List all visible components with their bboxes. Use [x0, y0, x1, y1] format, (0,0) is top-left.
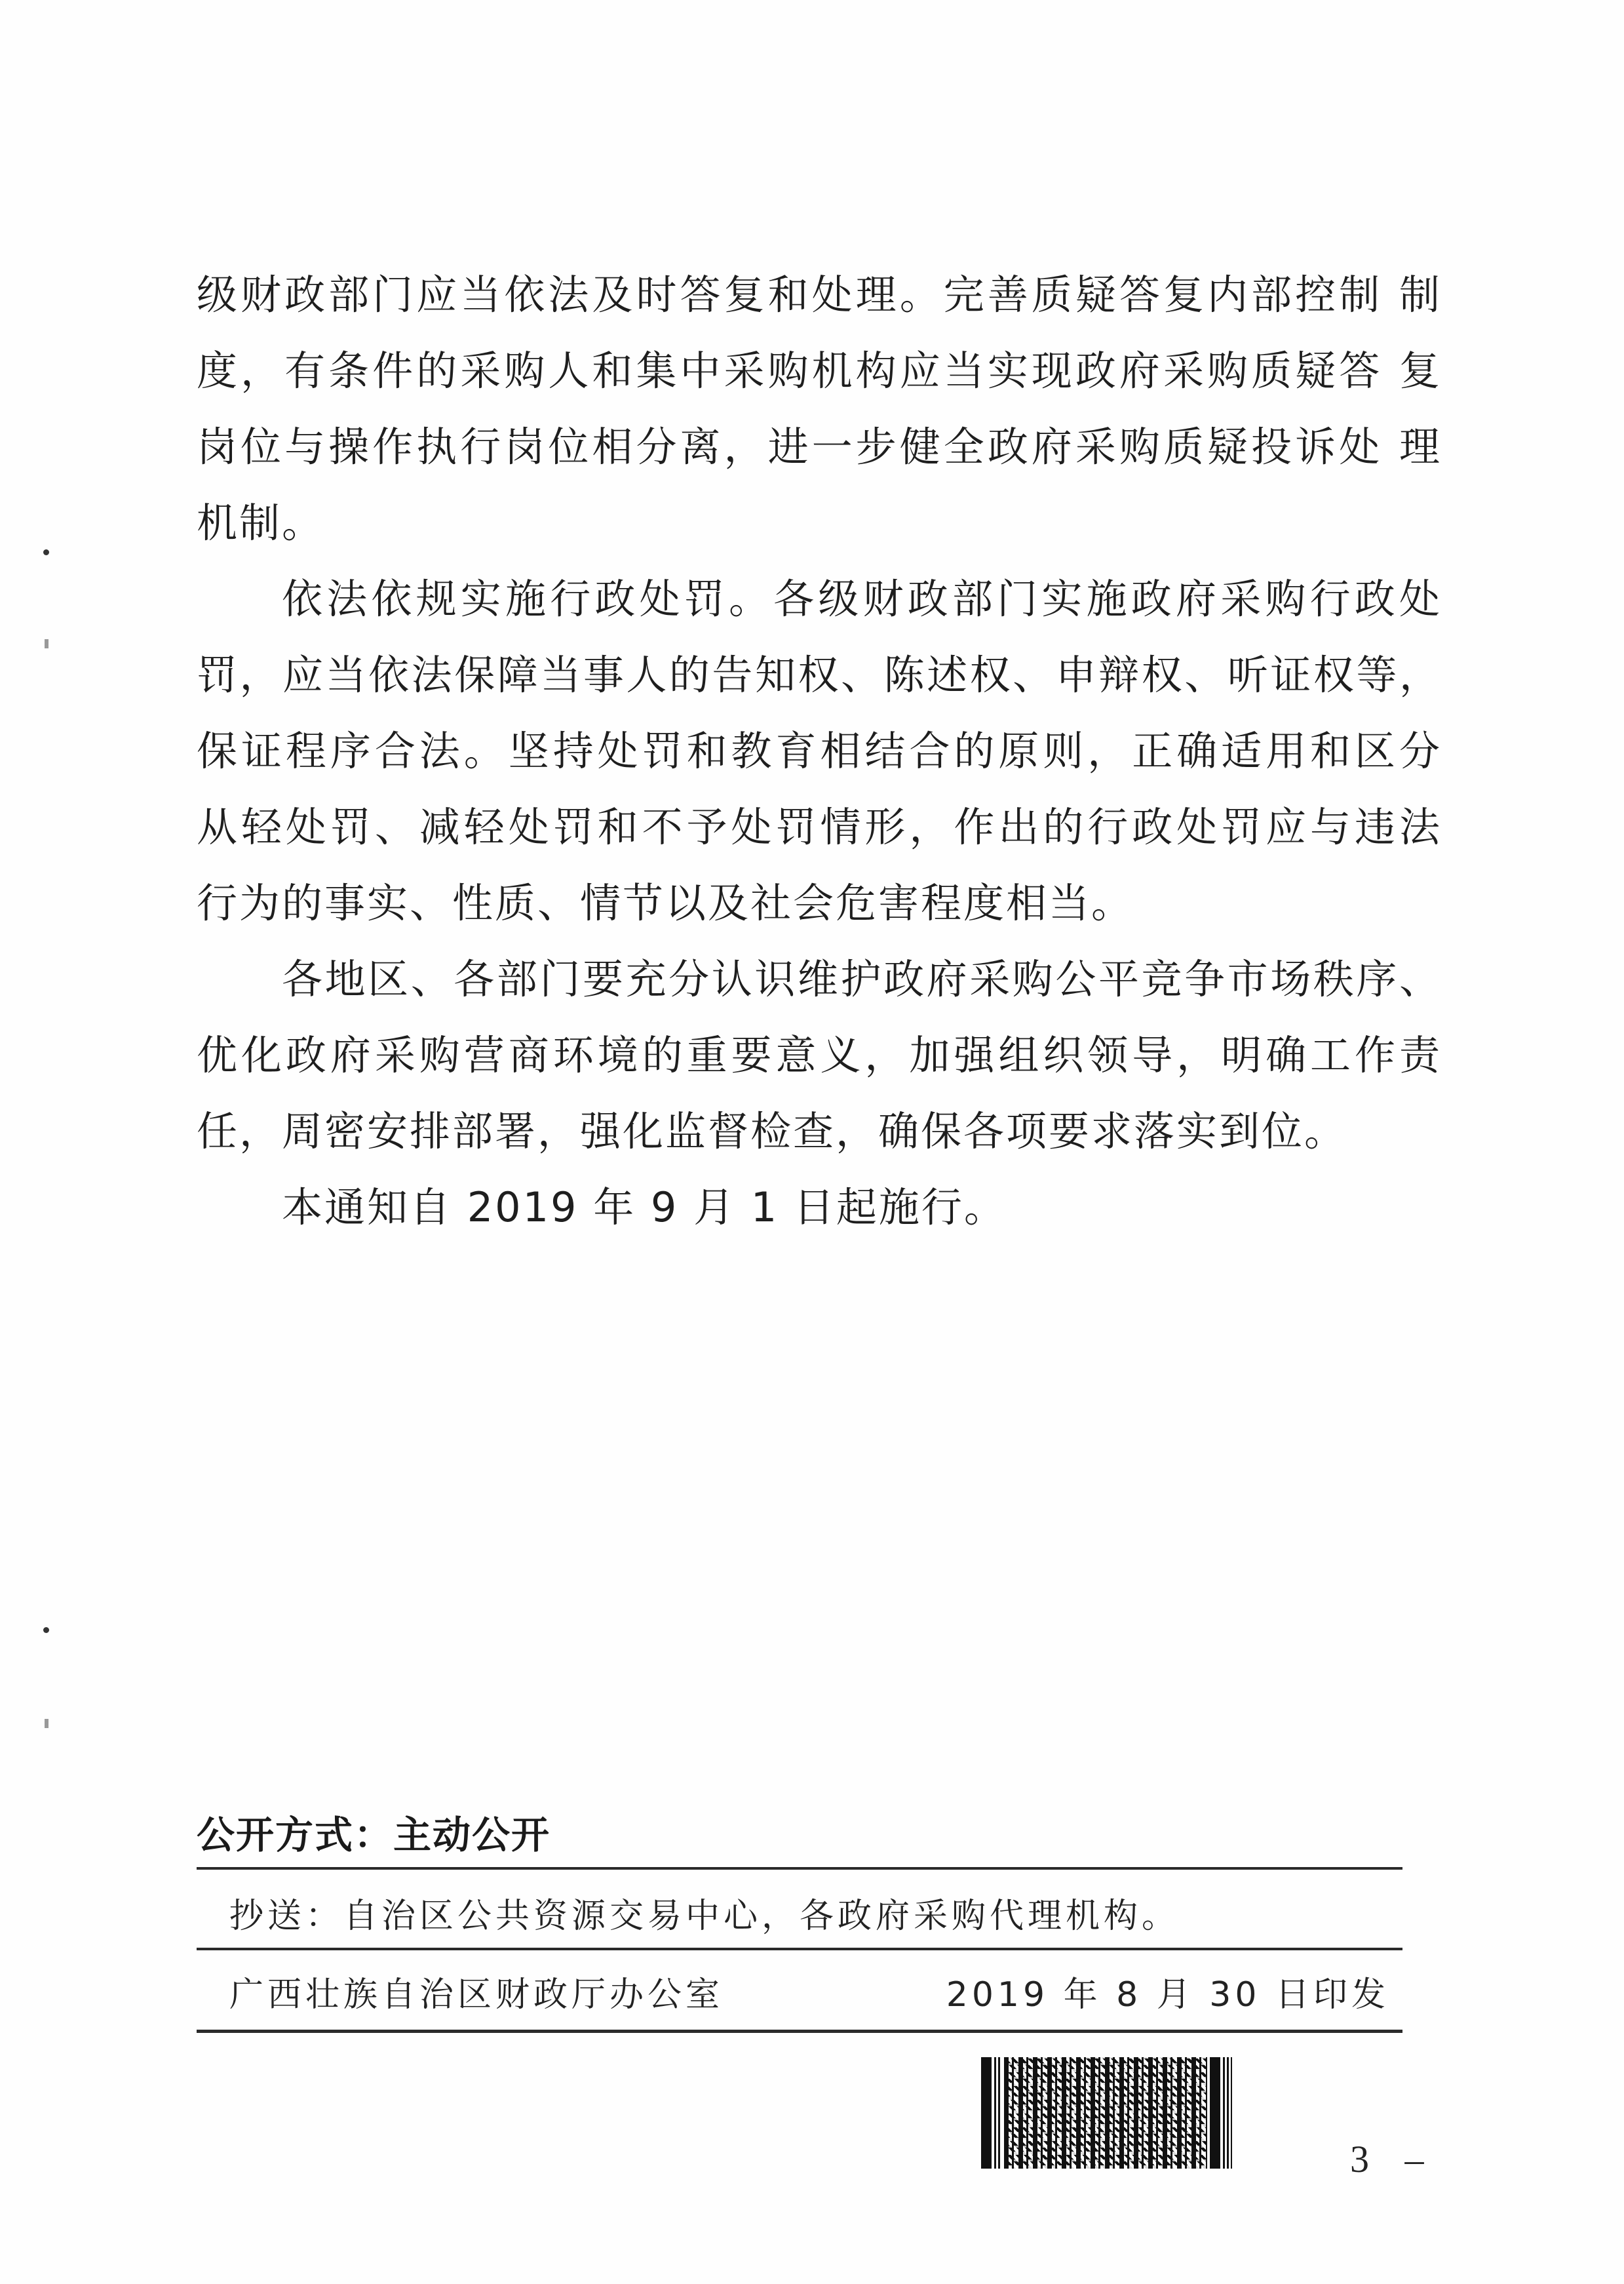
body-line: 各地区、各部门要充分认识维护政府采购公平竞争市场秩序、 — [197, 941, 1442, 1017]
footer-divider-bottom — [197, 2030, 1402, 2033]
body-line: 从轻处罚、减轻处罚和不予处罚情形，作出的行政处罚应与违法 — [197, 789, 1442, 865]
body-line: 任，周密安排部署，强化监督检查，确保各项要求落实到位。 — [197, 1093, 1442, 1170]
issue-date: 2019 年 8 月 30 日印发 — [946, 1967, 1389, 2016]
body-line: 保证程序合法。坚持处罚和教育相结合的原则，正确适用和区分 — [197, 713, 1442, 789]
issuer-row: 广西壮族自治区财政厅办公室 2019 年 8 月 30 日印发 — [229, 1967, 1389, 2016]
paragraph-administrative-penalty: 依法依规实施行政处罚。各级财政部门实施政府采购行政处 罚，应当依法保障当事人的告… — [197, 561, 1442, 941]
body-line: 罚，应当依法保障当事人的告知权、陈述权、申辩权、听证权等， — [197, 637, 1442, 713]
document-body: 级财政部门应当依法及时答复和处理。完善质疑答复内部控制 制 度，有条件的采购人和… — [197, 257, 1442, 1246]
body-line: 级财政部门应当依法及时答复和处理。完善质疑答复内部控制 制 — [197, 257, 1442, 333]
footer-divider-top — [197, 1867, 1402, 1870]
paragraph-implementation: 各地区、各部门要充分认识维护政府采购公平竞争市场秩序、 优化政府采购营商环境的重… — [197, 941, 1442, 1170]
margin-dot-mark — [43, 1627, 49, 1633]
pdf417-barcode-icon — [981, 2057, 1237, 2169]
page-number: 3 – — [1350, 2137, 1437, 2181]
body-line: 优化政府采购营商环境的重要意义，加强组织领导，明确工作责 — [197, 1017, 1442, 1093]
disclosure-method: 公开方式：主动公开 — [197, 1804, 551, 1859]
margin-scan-mark — [45, 639, 48, 648]
body-line: 岗位与操作执行岗位相分离，进一步健全政府采购质疑投诉处 理 — [197, 409, 1442, 485]
body-line: 机制。 — [197, 485, 1442, 561]
paragraph-effective-date: 本通知自 2019 年 9 月 1 日起施行。 — [197, 1170, 1442, 1246]
body-line: 依法依规实施行政处罚。各级财政部门实施政府采购行政处 — [197, 561, 1442, 637]
document-page: 级财政部门应当依法及时答复和处理。完善质疑答复内部控制 制 度，有条件的采购人和… — [0, 0, 1624, 2284]
paragraph-complaint-handling: 级财政部门应当依法及时答复和处理。完善质疑答复内部控制 制 度，有条件的采购人和… — [197, 257, 1442, 561]
issuing-office: 广西壮族自治区财政厅办公室 — [229, 1967, 724, 2016]
margin-scan-mark — [45, 1719, 48, 1728]
footer-divider-middle — [197, 1948, 1402, 1950]
body-line: 行为的事实、性质、情节以及社会危害程度相当。 — [197, 865, 1442, 941]
margin-dot-mark — [43, 549, 49, 555]
barcode-data-matrix — [1004, 2057, 1207, 2169]
cc-recipients: 抄送：自治区公共资源交易中心，各政府采购代理机构。 — [229, 1888, 1180, 1937]
body-line: 本通知自 2019 年 9 月 1 日起施行。 — [197, 1170, 1442, 1246]
body-line: 度，有条件的采购人和集中采购机构应当实现政府采购质疑答 复 — [197, 333, 1442, 409]
